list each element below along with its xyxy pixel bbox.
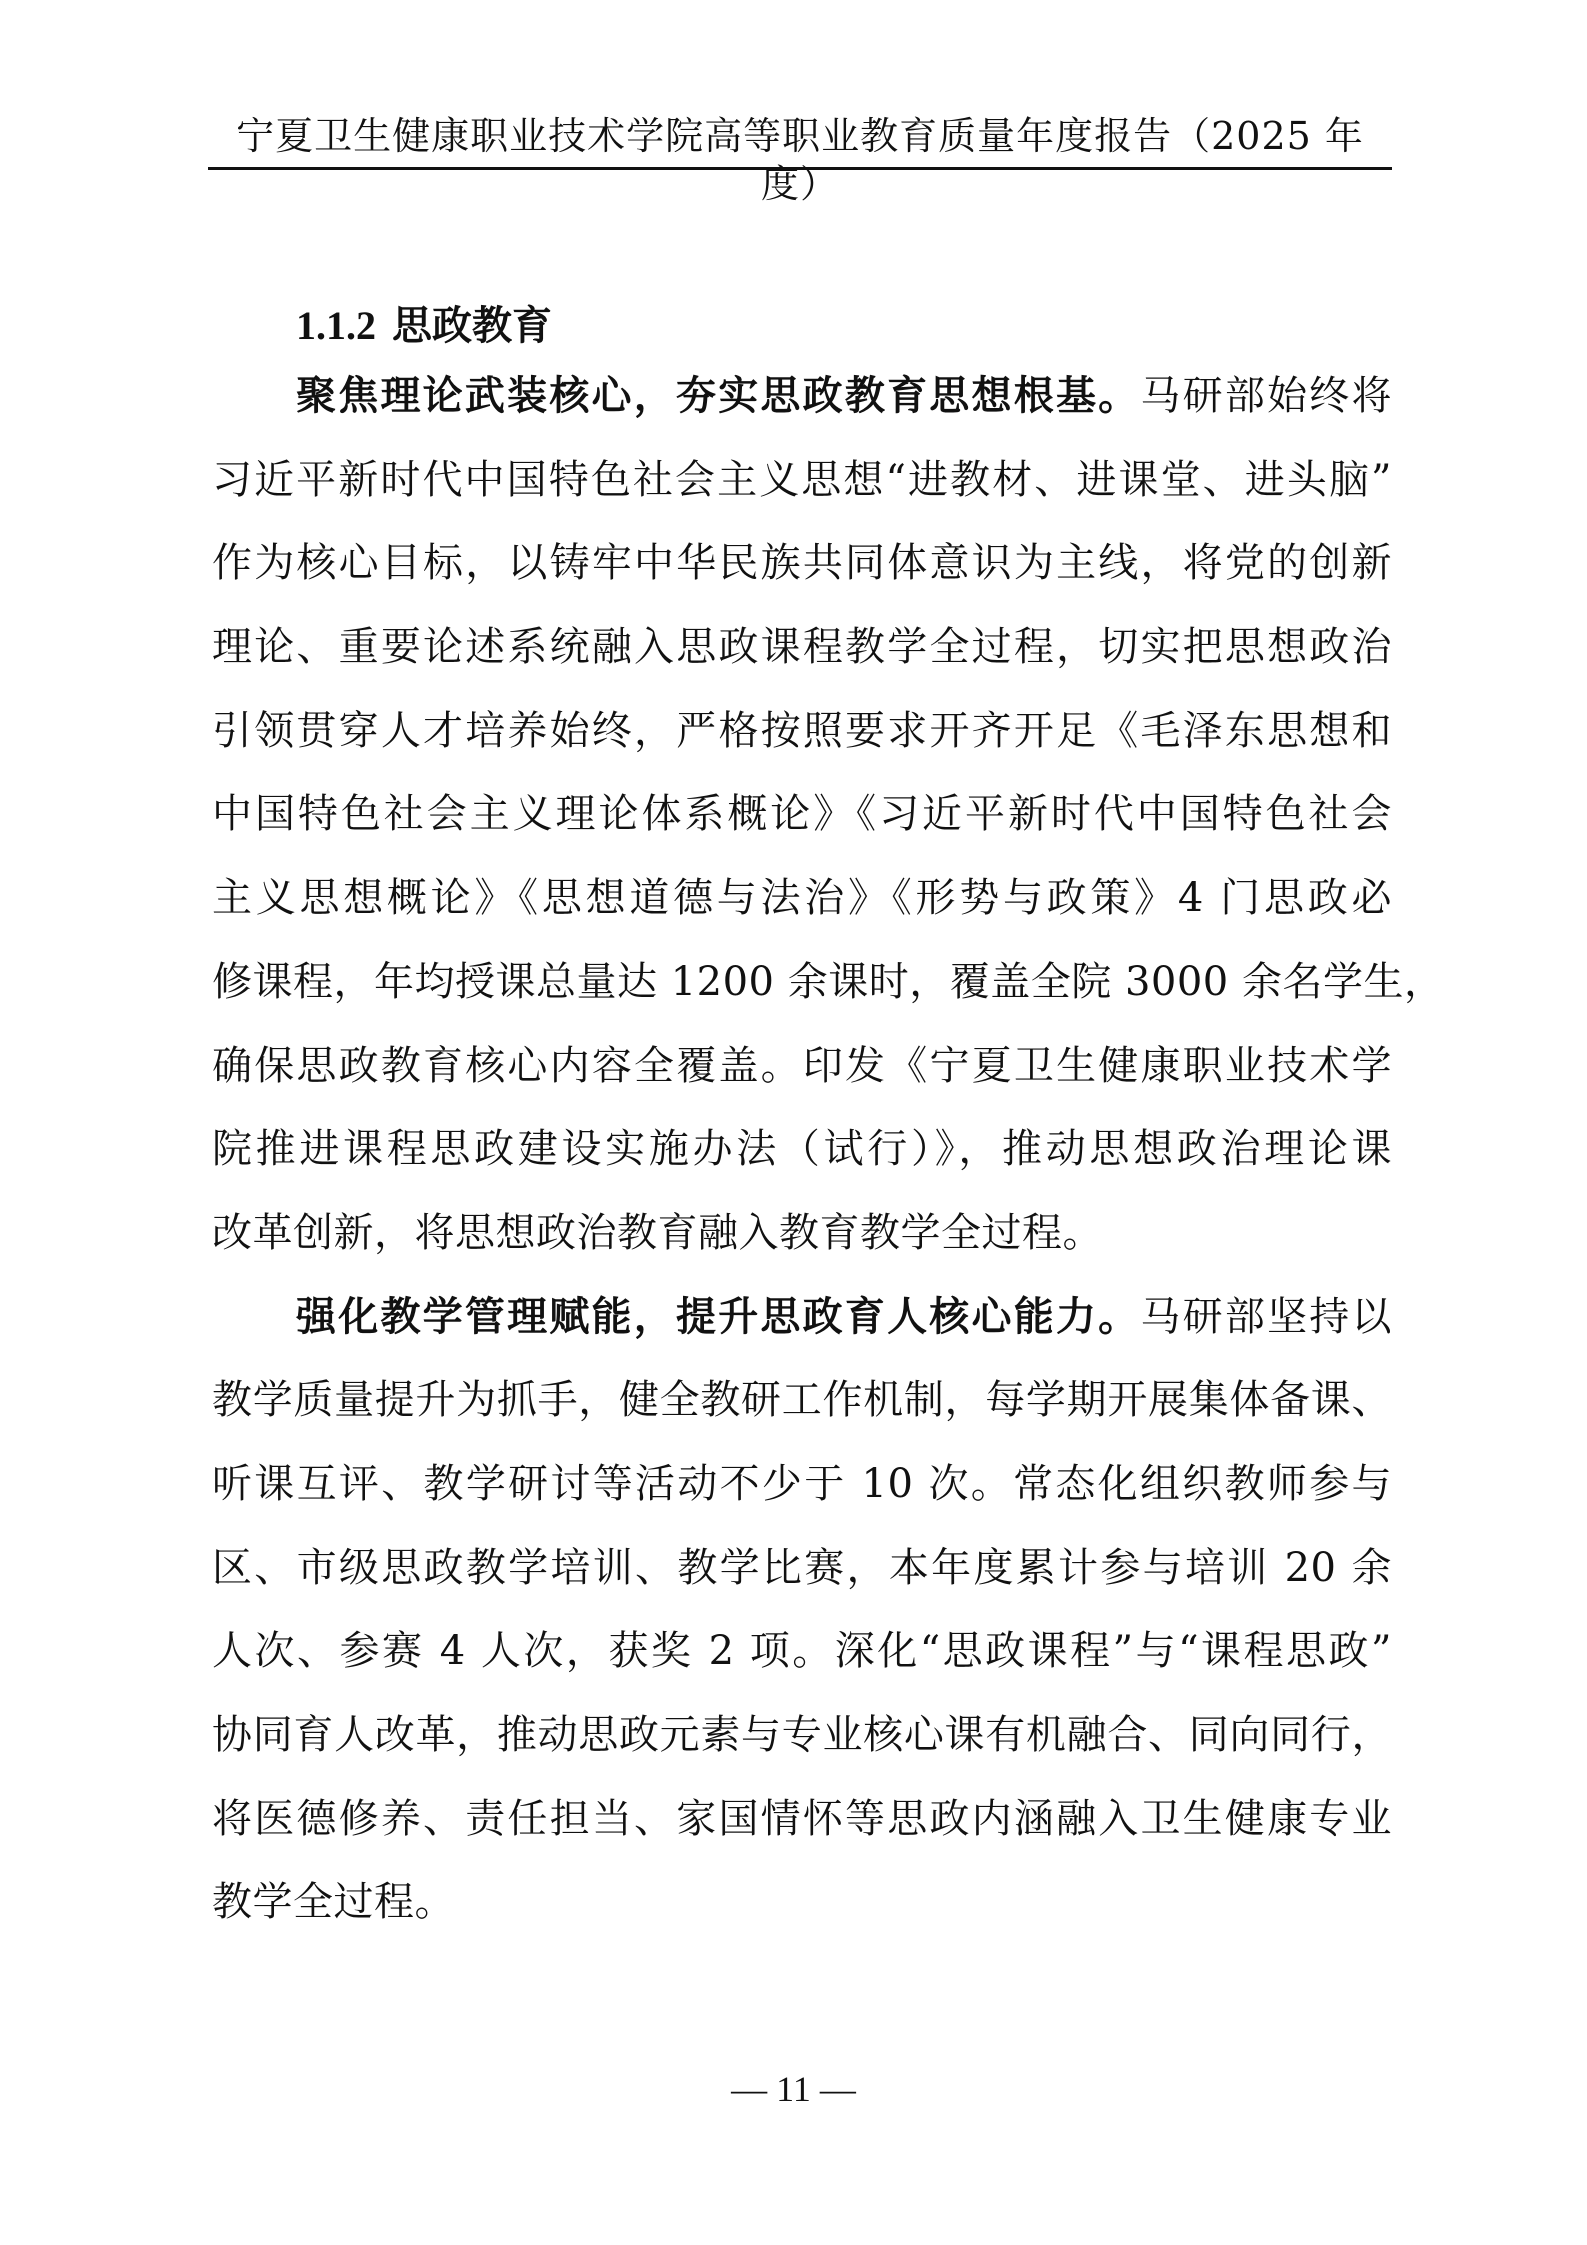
paragraph-line: 中国特色社会主义理论体系概论》《习近平新时代中国特色社会 — [212, 786, 1392, 870]
paragraph-line: 作为核心目标，以铸牢中华民族共同体意识为主线，将党的创新 — [212, 535, 1392, 619]
paragraph-line: 习近平新时代中国特色社会主义思想“进教材、进课堂、进头脑” — [212, 452, 1392, 536]
paragraph-2: 强化教学管理赋能，提升思政育人核心能力。马研部坚持以 教学质量提升为抓手，健全教… — [212, 1289, 1392, 1959]
paragraph-line: 教学质量提升为抓手，健全教研工作机制，每学期开展集体备课、 — [212, 1372, 1392, 1456]
paragraph-lead: 强化教学管理赋能，提升思政育人核心能力。 — [296, 1293, 1140, 1340]
paragraph-line: 主义思想概论》《思想道德与法治》《形势与政策》4 门思政必 — [212, 870, 1392, 954]
paragraph-line: 将医德修养、责任担当、家国情怀等思政内涵融入卫生健康专业 — [212, 1791, 1392, 1875]
paragraph-line: 引领贯穿人才培养始终，严格按照要求开齐开足《毛泽东思想和 — [212, 703, 1392, 787]
paragraph-line: 教学全过程。 — [212, 1874, 1392, 1958]
paragraph-line: 强化教学管理赋能，提升思政育人核心能力。马研部坚持以 — [212, 1289, 1392, 1373]
paragraph-line: 人次、参赛 4 人次，获奖 2 项。深化“思政课程”与“课程思政” — [212, 1623, 1392, 1707]
document-body: 聚焦理论武装核心，夯实思政教育思想根基。马研部始终将 习近平新时代中国特色社会主… — [212, 368, 1392, 1958]
paragraph-line: 改革创新，将思想政治教育融入教育教学全过程。 — [212, 1205, 1392, 1289]
paragraph-line: 理论、重要论述系统融入思政课程教学全过程，切实把思想政治 — [212, 619, 1392, 703]
paragraph-line: 修课程，年均授课总量达 1200 余课时，覆盖全院 3000 余名学生， — [212, 954, 1392, 1038]
section-number: 1.1.2 — [296, 303, 376, 348]
paragraph-1: 聚焦理论武装核心，夯实思政教育思想根基。马研部始终将 习近平新时代中国特色社会主… — [212, 368, 1392, 1289]
section-title: 思政教育 — [392, 302, 552, 349]
header-divider — [208, 167, 1392, 170]
paragraph-line: 协同育人改革，推动思政元素与专业核心课有机融合、同向同行， — [212, 1707, 1392, 1791]
running-header: 宁夏卫生健康职业技术学院高等职业教育质量年度报告（2025 年度） — [210, 112, 1390, 208]
paragraph-line: 聚焦理论武装核心，夯实思政教育思想根基。马研部始终将 — [212, 368, 1392, 452]
paragraph-line: 院推进课程思政建设实施办法（试行）》，推动思想政治理论课 — [212, 1121, 1392, 1205]
paragraph-line: 听课互评、教学研讨等活动不少于 10 次。常态化组织教师参与 — [212, 1456, 1392, 1540]
paragraph-lead: 聚焦理论武装核心，夯实思政教育思想根基。 — [296, 372, 1140, 419]
section-heading: 1.1.2思政教育 — [296, 298, 552, 354]
paragraph-line: 区、市级思政教学培训、教学比赛，本年度累计参与培训 20 余 — [212, 1540, 1392, 1624]
paragraph-line: 确保思政教育核心内容全覆盖。印发《宁夏卫生健康职业技术学 — [212, 1038, 1392, 1122]
page-number: — 11 — — [0, 2068, 1587, 2110]
